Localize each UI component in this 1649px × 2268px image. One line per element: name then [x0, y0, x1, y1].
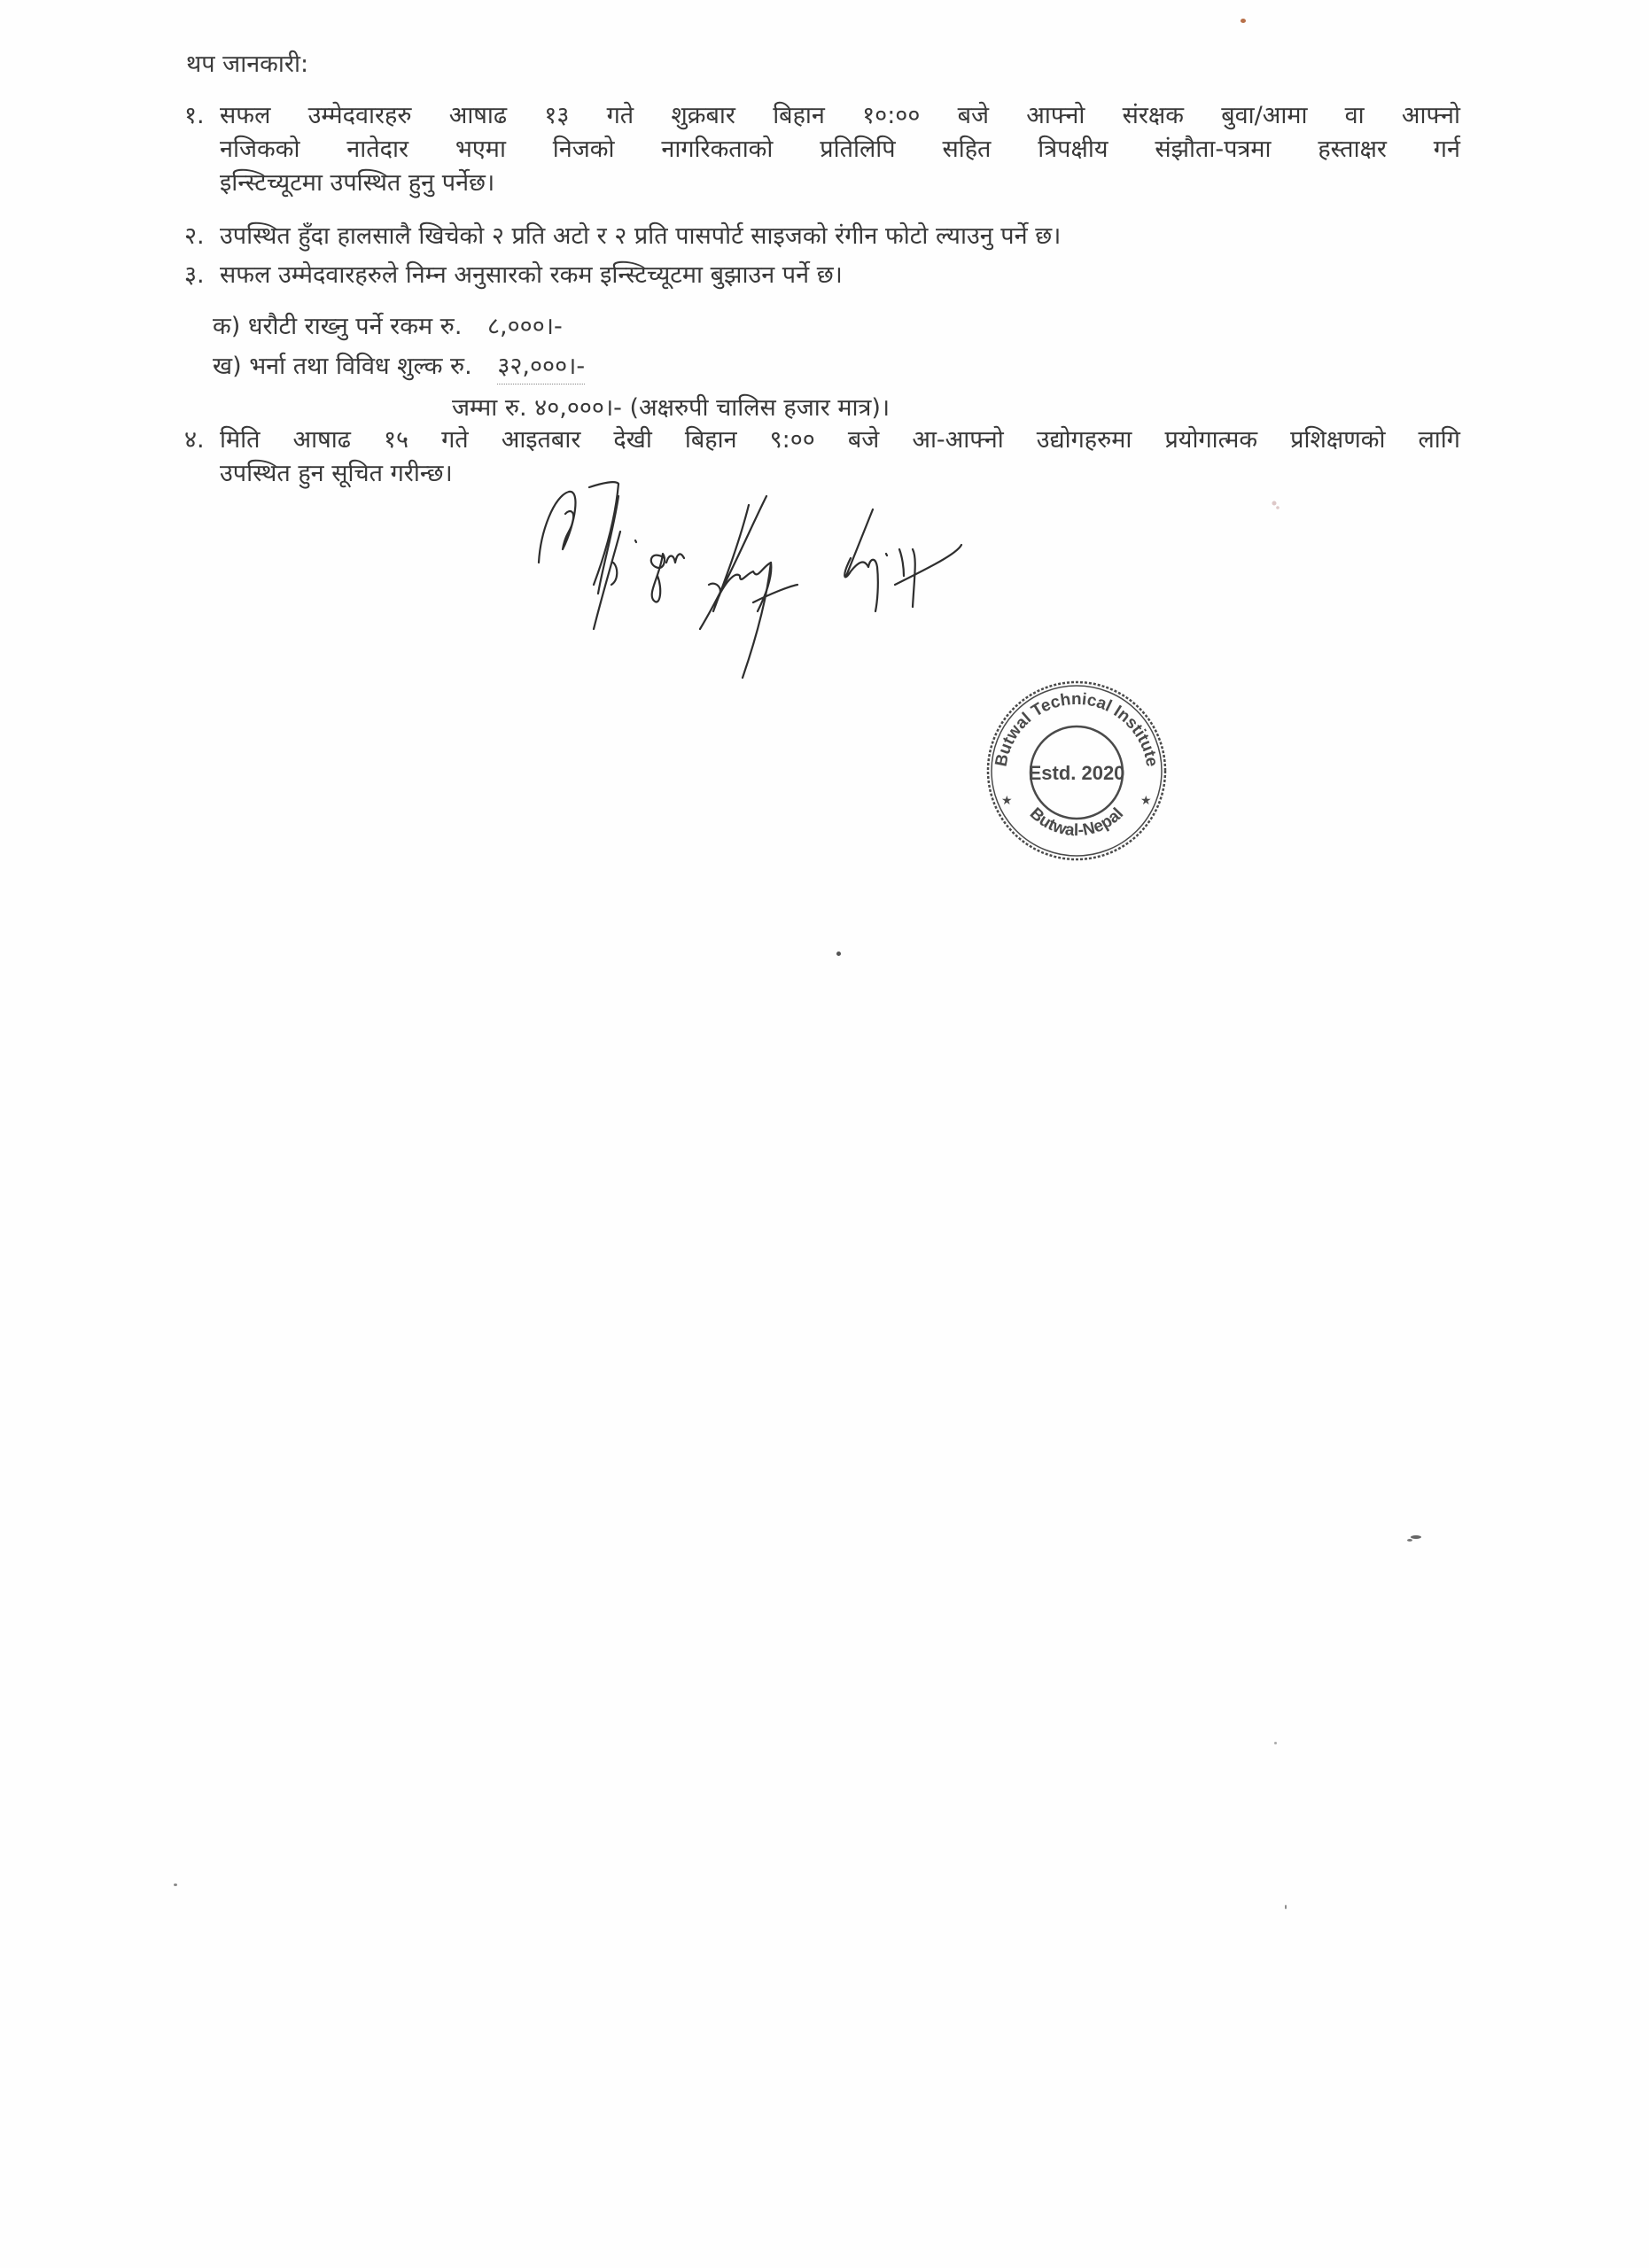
- item-number: ३.: [184, 259, 220, 292]
- item-number: १.: [184, 99, 220, 133]
- signature-3: [844, 509, 961, 611]
- signature-1: [539, 482, 684, 629]
- item-text-line: मिति आषाढ १५ गते आइतबार देखी बिहान ९:०० …: [220, 423, 1460, 457]
- list-item-3: ३.सफल उम्मेदवारहरुले निम्न अनुसारको रकम …: [184, 259, 843, 292]
- item-text-line: सफल उम्मेदवारहरुले निम्न अनुसारको रकम इन…: [220, 261, 843, 289]
- fee-label: क) धरौटी राख्नु पर्ने रकम रु.: [213, 313, 462, 340]
- item-text-line: सफल उम्मेदवारहरु आषाढ १३ गते शुक्रबार बि…: [220, 99, 1460, 133]
- list-item-1: १. सफल उम्मेदवारहरु आषाढ १३ गते शुक्रबार…: [184, 99, 1460, 200]
- institute-stamp: Butwal Technical Institute Butwal-Nepal …: [979, 673, 1174, 868]
- scan-speck: [1407, 1539, 1412, 1542]
- item-text-line: नजिकको नातेदार भएमा निजको नागरिकताको प्र…: [184, 133, 1460, 167]
- section-heading: थप जानकारी:: [186, 46, 308, 79]
- scan-speck: [836, 951, 841, 956]
- scan-speck: [1285, 1905, 1287, 1909]
- scan-speck: [1241, 19, 1246, 23]
- fee-row-admission: ख) भर्ना तथा विविध शुल्क रु. ३२,०००।-: [213, 350, 585, 384]
- signature-2: [700, 496, 797, 678]
- total-amount: ४०,०००।-: [534, 394, 622, 422]
- item-text-line: इन्स्टिच्यूटमा उपस्थित हुनु पर्नेछ।: [184, 167, 1460, 200]
- signatures: [514, 478, 1294, 691]
- stamp-top-text: Butwal Technical Institute: [992, 690, 1162, 768]
- stamp-bottom-text: Butwal-Nepal: [1026, 804, 1127, 840]
- scan-speck: [1411, 1535, 1421, 1539]
- scan-speck: [1274, 1742, 1277, 1744]
- list-item-2: २.उपस्थित हुँदा हालसालै खिचेको २ प्रति अ…: [184, 220, 1061, 253]
- fee-label: ख) भर्ना तथा विविध शुल्क रु.: [213, 353, 472, 380]
- fee-amount: ३२,०००।-: [497, 350, 585, 384]
- item-number: २.: [184, 220, 220, 253]
- item-text-line: उपस्थित हुँदा हालसालै खिचेको २ प्रति अटो…: [220, 222, 1061, 250]
- total-in-words: (अक्षरुपी चालिस हजार मात्र)।: [630, 394, 891, 422]
- scanned-document-page: थप जानकारी: १. सफल उम्मेदवारहरु आषाढ १३ …: [0, 0, 1649, 2268]
- star-icon: ★: [1140, 794, 1152, 808]
- fee-total: जम्मा रु. ४०,०००।- (अक्षरुपी चालिस हजार …: [452, 390, 890, 423]
- item-number: ४.: [184, 423, 220, 457]
- scan-speck: [174, 1884, 177, 1886]
- ink-smudge: [1272, 501, 1280, 509]
- total-label: जम्मा रु.: [452, 394, 527, 422]
- star-icon: ★: [1001, 794, 1013, 808]
- fee-row-deposit: क) धरौटी राख्नु पर्ने रकम रु. ८,०००।-: [213, 310, 563, 344]
- stamp-center-text: Estd. 2020: [1029, 762, 1125, 784]
- fee-amount: ८,०००।-: [487, 310, 563, 344]
